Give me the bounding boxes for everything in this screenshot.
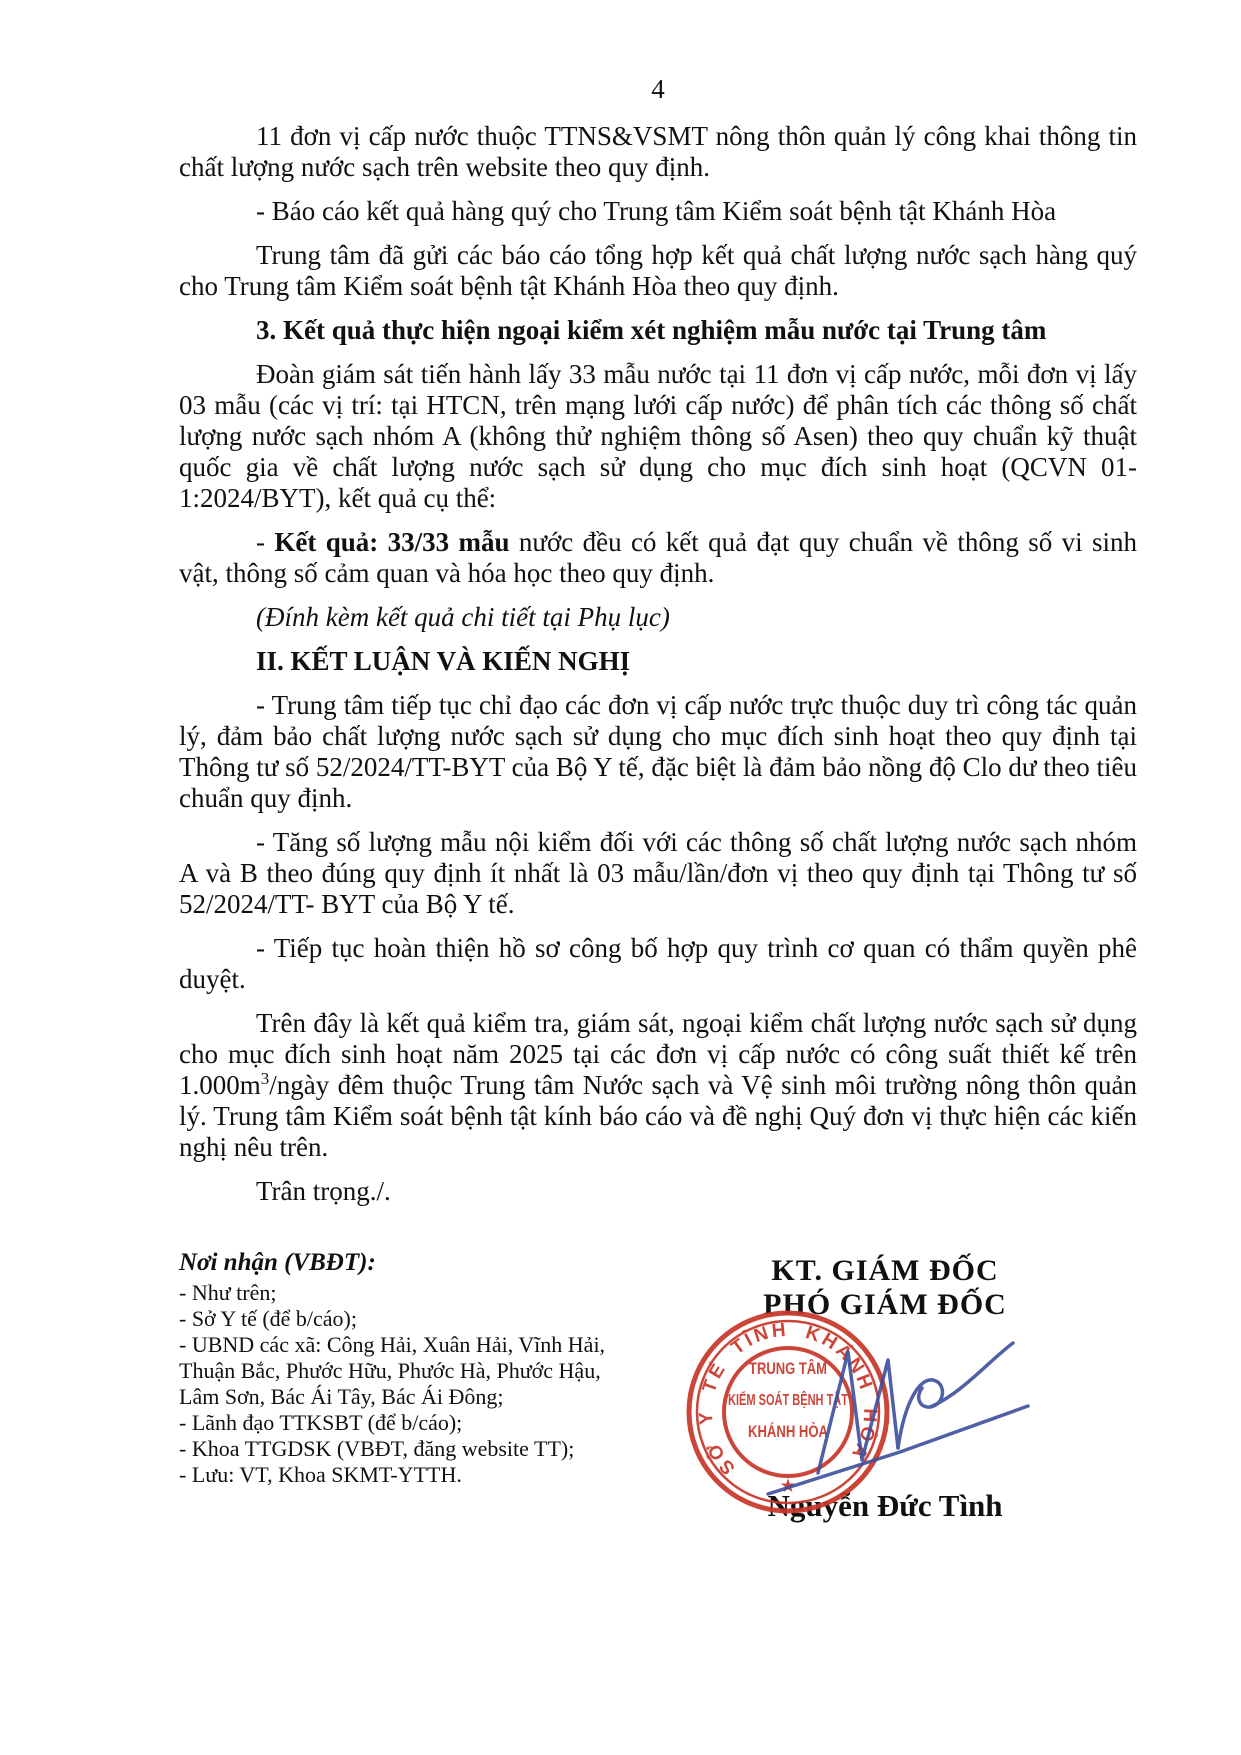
section-heading-3: 3. Kết quả thực hiện ngoại kiểm xét nghi…	[179, 315, 1137, 346]
superscript-3: 3	[261, 1069, 270, 1088]
handwritten-signature	[750, 1335, 1050, 1505]
signature-underline-stroke	[768, 1406, 1028, 1494]
result-bold: Kết quả: 33/33 mẫu	[274, 527, 509, 557]
paragraph: Trung tâm đã gửi các báo cáo tổng hợp kế…	[179, 240, 1137, 302]
paragraph: 11 đơn vị cấp nước thuộc TTNS&VSMT nông …	[179, 121, 1137, 183]
recipient-item: - Khoa TTGDSK (VBĐT, đăng website TT);	[179, 1436, 631, 1462]
paragraph: - Tiếp tục hoàn thiện hồ sơ công bố hợp …	[179, 933, 1137, 995]
paragraph: Đoàn giám sát tiến hành lấy 33 mẫu nước …	[179, 359, 1137, 514]
closing-part-b: /ngày đêm thuộc Trung tâm Nước sạch và V…	[179, 1070, 1137, 1162]
paragraph: - Tăng số lượng mẫu nội kiểm đối với các…	[179, 827, 1137, 920]
attachment-note: (Đính kèm kết quả chi tiết tại Phụ lục)	[179, 602, 1137, 633]
recipient-item: - Lưu: VT, Khoa SKMT-YTTH.	[179, 1462, 631, 1488]
list-paragraph: - Báo cáo kết quả hàng quý cho Trung tâm…	[179, 196, 1137, 227]
recipients-block: Nơi nhận (VBĐT): - Như trên; - Sở Y tế (…	[179, 1248, 631, 1488]
section-heading-ii: II. KẾT LUẬN VÀ KIẾN NGHỊ	[179, 646, 1137, 677]
signature-block: KT. GIÁM ĐỐC PHÓ GIÁM ĐỐC SỞ Y TẾ TỈNH K…	[640, 1254, 1130, 1734]
recipient-item: - Như trên;	[179, 1280, 631, 1306]
result-dash: -	[256, 527, 274, 557]
paragraph: Trên đây là kết quả kiểm tra, giám sát, …	[179, 1008, 1137, 1163]
recipients-title: Nơi nhận (VBĐT):	[179, 1248, 631, 1278]
sign-off: Trân trọng./.	[179, 1176, 1137, 1207]
paragraph: - Trung tâm tiếp tục chỉ đạo các đơn vị …	[179, 690, 1137, 814]
page-number: 4	[179, 74, 1137, 105]
recipient-item: - UBND các xã: Công Hải, Xuân Hải, Vĩnh …	[179, 1332, 631, 1410]
recipient-item: - Sở Y tế (để b/cáo);	[179, 1306, 631, 1332]
document-page: 4 11 đơn vị cấp nước thuộc TTNS&VSMT nôn…	[0, 0, 1241, 1755]
recipient-item: - Lãnh đạo TTKSBT (để b/cáo);	[179, 1410, 631, 1436]
document-body: 11 đơn vị cấp nước thuộc TTNS&VSMT nông …	[179, 121, 1137, 1220]
signer-title-line1: KT. GIÁM ĐỐC	[640, 1254, 1130, 1288]
result-paragraph: - Kết quả: 33/33 mẫu nước đều có kết quả…	[179, 527, 1137, 589]
